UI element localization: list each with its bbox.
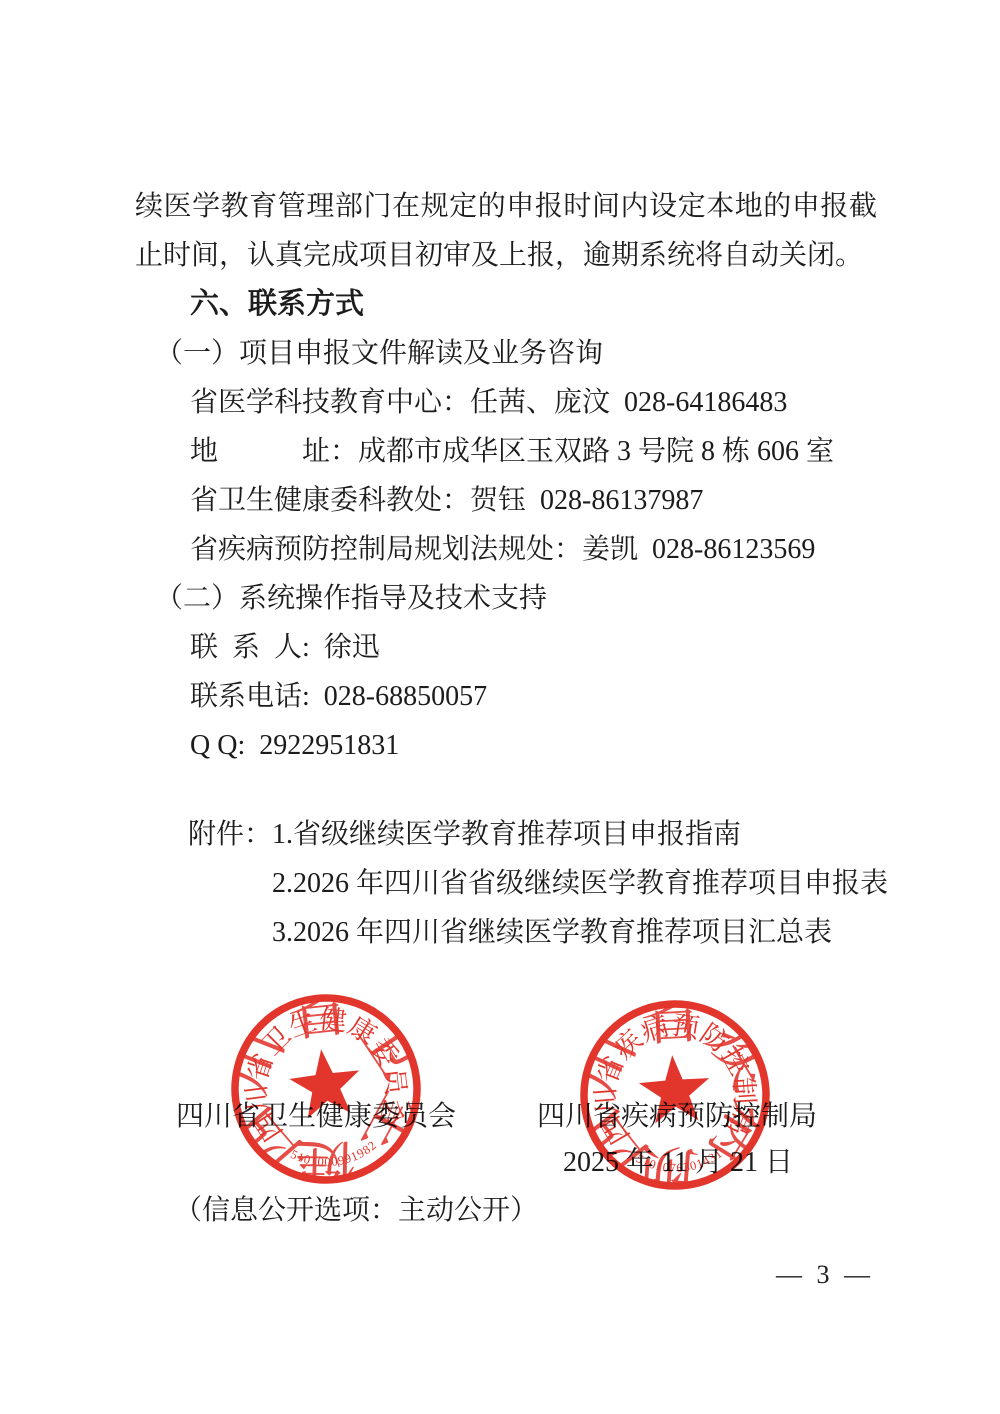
subsection2-heading: （二）系统操作指导及技术支持: [135, 574, 877, 623]
signature-org-left: 四川省卫生健康委员会: [176, 1100, 456, 1134]
seal-ring: [226, 989, 426, 1189]
contact-line-center: 省医学科技教育中心：任茜、庞汶 028-64186483: [135, 378, 877, 427]
attachments-label: 附件：: [188, 810, 272, 957]
body-text: 续医学教育管理部门在规定的申报时间内设定本地的申报截止时间，认真完成项目初审及上…: [135, 182, 877, 957]
contact-line-health-commission: 省卫生健康委科教处：贺钰 028-86137987: [135, 476, 877, 525]
attachments-block: 附件： 1.省级继续医学教育推荐项目申报指南 2.2026 年四川省省级继续医学…: [135, 810, 877, 957]
disclosure-note: （信息公开选项：主动公开）: [174, 1194, 538, 1228]
subsection1-heading: （一）项目申报文件解读及业务咨询: [135, 329, 877, 378]
signature-org-right: 四川省疾病预防控制局: [537, 1100, 817, 1134]
seal-inner-text: 四川省卫生健康委员会: [226, 989, 426, 1189]
attachment-item: 3.2026 年四川省继续医学教育推荐项目汇总表: [272, 908, 888, 957]
attachments-list: 1.省级继续医学教育推荐项目申报指南 2.2026 年四川省省级继续医学教育推荐…: [272, 810, 888, 957]
contact-line-phone: 联系电话: 028-68850057: [135, 672, 877, 721]
seal-code: 5101000991982: [287, 1137, 381, 1174]
health-commission-seal-icon: 四川省卫生健康委员会 四川省卫生健康委员会 5101000991982: [226, 989, 426, 1189]
document-page: 续医学教育管理部门在规定的申报时间内设定本地的申报截止时间，认真完成项目初审及上…: [0, 0, 1000, 1414]
page-number: — 3 —: [776, 1260, 874, 1290]
attachment-item: 2.2026 年四川省省级继续医学教育推荐项目申报表: [272, 859, 888, 908]
signature-date: 2025 年 11 月 21 日: [563, 1146, 793, 1180]
contact-line-address: 地 址：成都市成华区玉双路 3 号院 8 栋 606 室: [135, 427, 877, 476]
contact-line-person: 联 系 人: 徐迅: [135, 623, 877, 672]
contact-line-qq: Q Q: 2922951831: [135, 721, 877, 770]
contact-line-cdc: 省疾病预防控制局规划法规处：姜凯 028-86123569: [135, 525, 877, 574]
attachment-item: 1.省级继续医学教育推荐项目申报指南: [272, 810, 888, 859]
section-heading: 六、联系方式: [135, 280, 877, 329]
intro-paragraph: 续医学教育管理部门在规定的申报时间内设定本地的申报截止时间，认真完成项目初审及上…: [135, 182, 877, 280]
